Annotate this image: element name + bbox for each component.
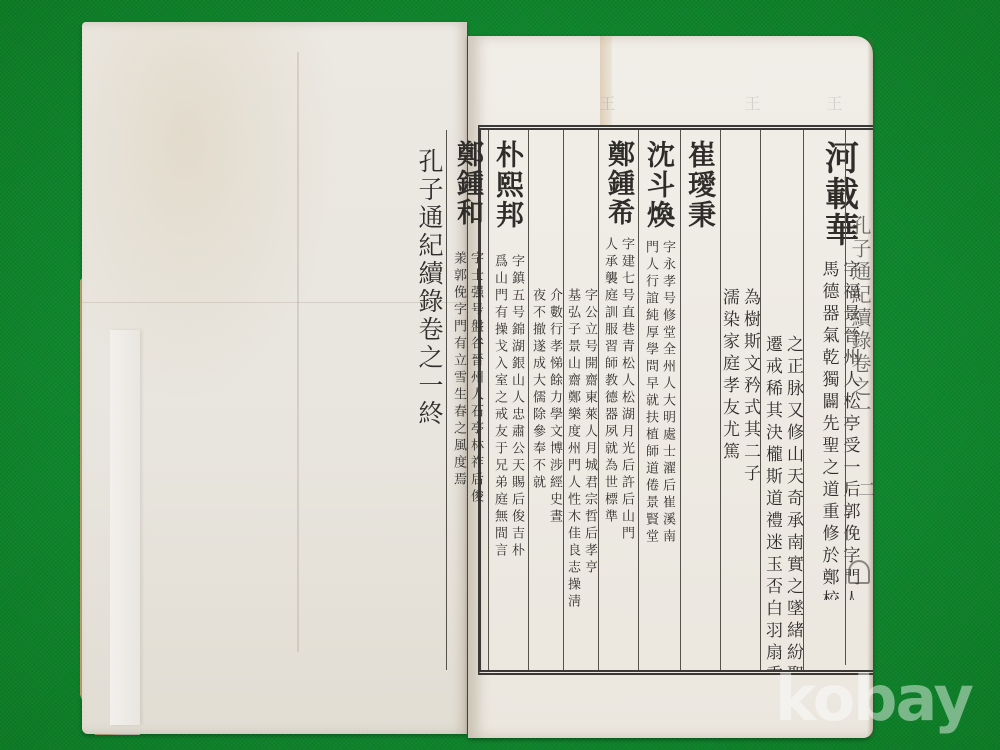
annotation-line: 字建七号直巷青松人松湖月光后許后山門 xyxy=(618,237,635,617)
annotation-line: 夜不撤遂成大儒除參奉不就 xyxy=(529,288,546,670)
annotation-line: 羕郭俛字門有立雪生春之風度焉 xyxy=(450,251,467,506)
photo-scene: 乙鼎頭 王 王 王 河載華 字福景晉州人松亭受一后郭俛字門人中司 馬德器氣乾獨闢… xyxy=(0,0,1000,750)
bleed-through-marks: 王 xyxy=(822,95,845,111)
person-name: 沈斗煥 xyxy=(638,140,680,230)
printed-text-block: 河載華 字福景晉州人松亭受一后郭俛字門人中司 馬德器氣乾獨闢先聖之道重修於鄭校衛… xyxy=(478,125,873,675)
annotation-line: 濡染家庭孝友尤篤 xyxy=(718,288,739,670)
water-stain xyxy=(600,36,612,126)
annotation-line: 遷戒稀其決櫳斯道禮迷玉否白羽扇香墨等物 xyxy=(761,335,782,670)
watermark-logo: kobay xyxy=(775,668,972,730)
entry-continuation-column: 字公立号開齋東萊人月城君宗哲后孝亨 基弘子景山齋鄭樂度州門人性木佳良志操淸 xyxy=(563,130,598,670)
annotation-line: 人承襲庭訓服習師教德器夙就為世標準 xyxy=(601,237,618,617)
annotation-line: 字公立号開齋東萊人月城君宗哲后孝亨 xyxy=(581,288,598,668)
annotation-line: 字鎮五号錦湖銀山人忠肅公天賜后俊吉朴 xyxy=(508,254,525,624)
bleed-through-marks: 王 xyxy=(740,95,763,111)
annotation-line: 馬德器氣乾獨闢先聖之道重修於鄭校衛北 xyxy=(818,260,839,600)
entry-column: 鄭鍾希 字建七号直巷青松人松湖月光后許后山門 人承襲庭訓服習師教德器夙就為世標準 xyxy=(598,130,638,670)
closing-title-column: 孔子通紀續錄卷之一終 xyxy=(412,130,446,670)
margin-book-title: 孔子通紀續錄卷之一 xyxy=(848,215,872,422)
paper-fold-line xyxy=(297,52,299,652)
entry-continuation-column: 介數行孝悌餘力學文博涉經史晝 夜不撤遂成大儒除參奉不就 xyxy=(528,130,563,670)
entry-column: 朴熙邦 字鎮五号錦湖銀山人忠肅公天賜后俊吉朴 爲山門有操戈入室之戒友于兄弟庭無間… xyxy=(488,130,528,670)
annotation-line: 基弘子景山齋鄭樂度州門人性木佳良志操淸 xyxy=(564,288,581,668)
person-name: 鄭鍾和 xyxy=(446,140,488,227)
person-name: 崔璦秉 xyxy=(680,140,720,230)
paper-fold-line xyxy=(82,302,467,303)
annotation-line: 爲山門有操戈入室之戒友于兄弟庭無間言 xyxy=(491,254,508,624)
annotation-line: 門人行誼純厚學問早就扶植師道倦景賢堂 xyxy=(642,240,659,620)
annotation-line: 之正脉又修山天奇承南實之墜緒紛聖孟孔 xyxy=(782,335,803,670)
annotation-line: 介數行孝悌餘力學文博涉經史晝 xyxy=(546,288,563,670)
margin-rule xyxy=(845,130,846,665)
annotation-line: 字永孝号修堂全州人大明處士濯后崔溪南 xyxy=(659,240,676,620)
entry-column: 沈斗煥 字永孝号修堂全州人大明處士濯后崔溪南 門人行誼純厚學問早就扶植師道倦景賢… xyxy=(638,130,680,670)
annotation-line: 字士强号盤谷晉州人石亭林祚后俊 xyxy=(467,251,484,506)
annotation-line: 為樹斯文矜式其二子 xyxy=(739,288,760,670)
person-name: 朴熙邦 xyxy=(487,140,529,230)
fish-tail-mark-icon xyxy=(848,560,870,584)
entry-column: 鄭鍾和 字士强号盤谷晉州人石亭林祚后俊 羕郭俛字門有立雪生春之風度焉 xyxy=(446,130,488,670)
text-columns: 河載華 字福景晉州人松亭受一后郭俛字門人中司 馬德器氣乾獨闢先聖之道重修於鄭校衛… xyxy=(481,130,873,670)
bleed-through-marks: 王 xyxy=(595,95,618,111)
person-name: 鄭鍾希 xyxy=(597,140,639,227)
entry-continuation-column: 之正脉又修山天奇承南實之墜緒紛聖孟孔 遷戒稀其決櫳斯道禮迷玉否白羽扇香墨等物 xyxy=(760,130,803,670)
margin-page-number: 二 xyxy=(852,480,878,498)
left-page-flap xyxy=(110,330,140,725)
entry-continuation-column: 為樹斯文矜式其二子 濡染家庭孝友尤篤 xyxy=(720,130,760,670)
volume-end-title: 孔子通紀續錄卷之一終 xyxy=(412,140,446,670)
entry-column: 崔璦秉 xyxy=(680,130,720,670)
